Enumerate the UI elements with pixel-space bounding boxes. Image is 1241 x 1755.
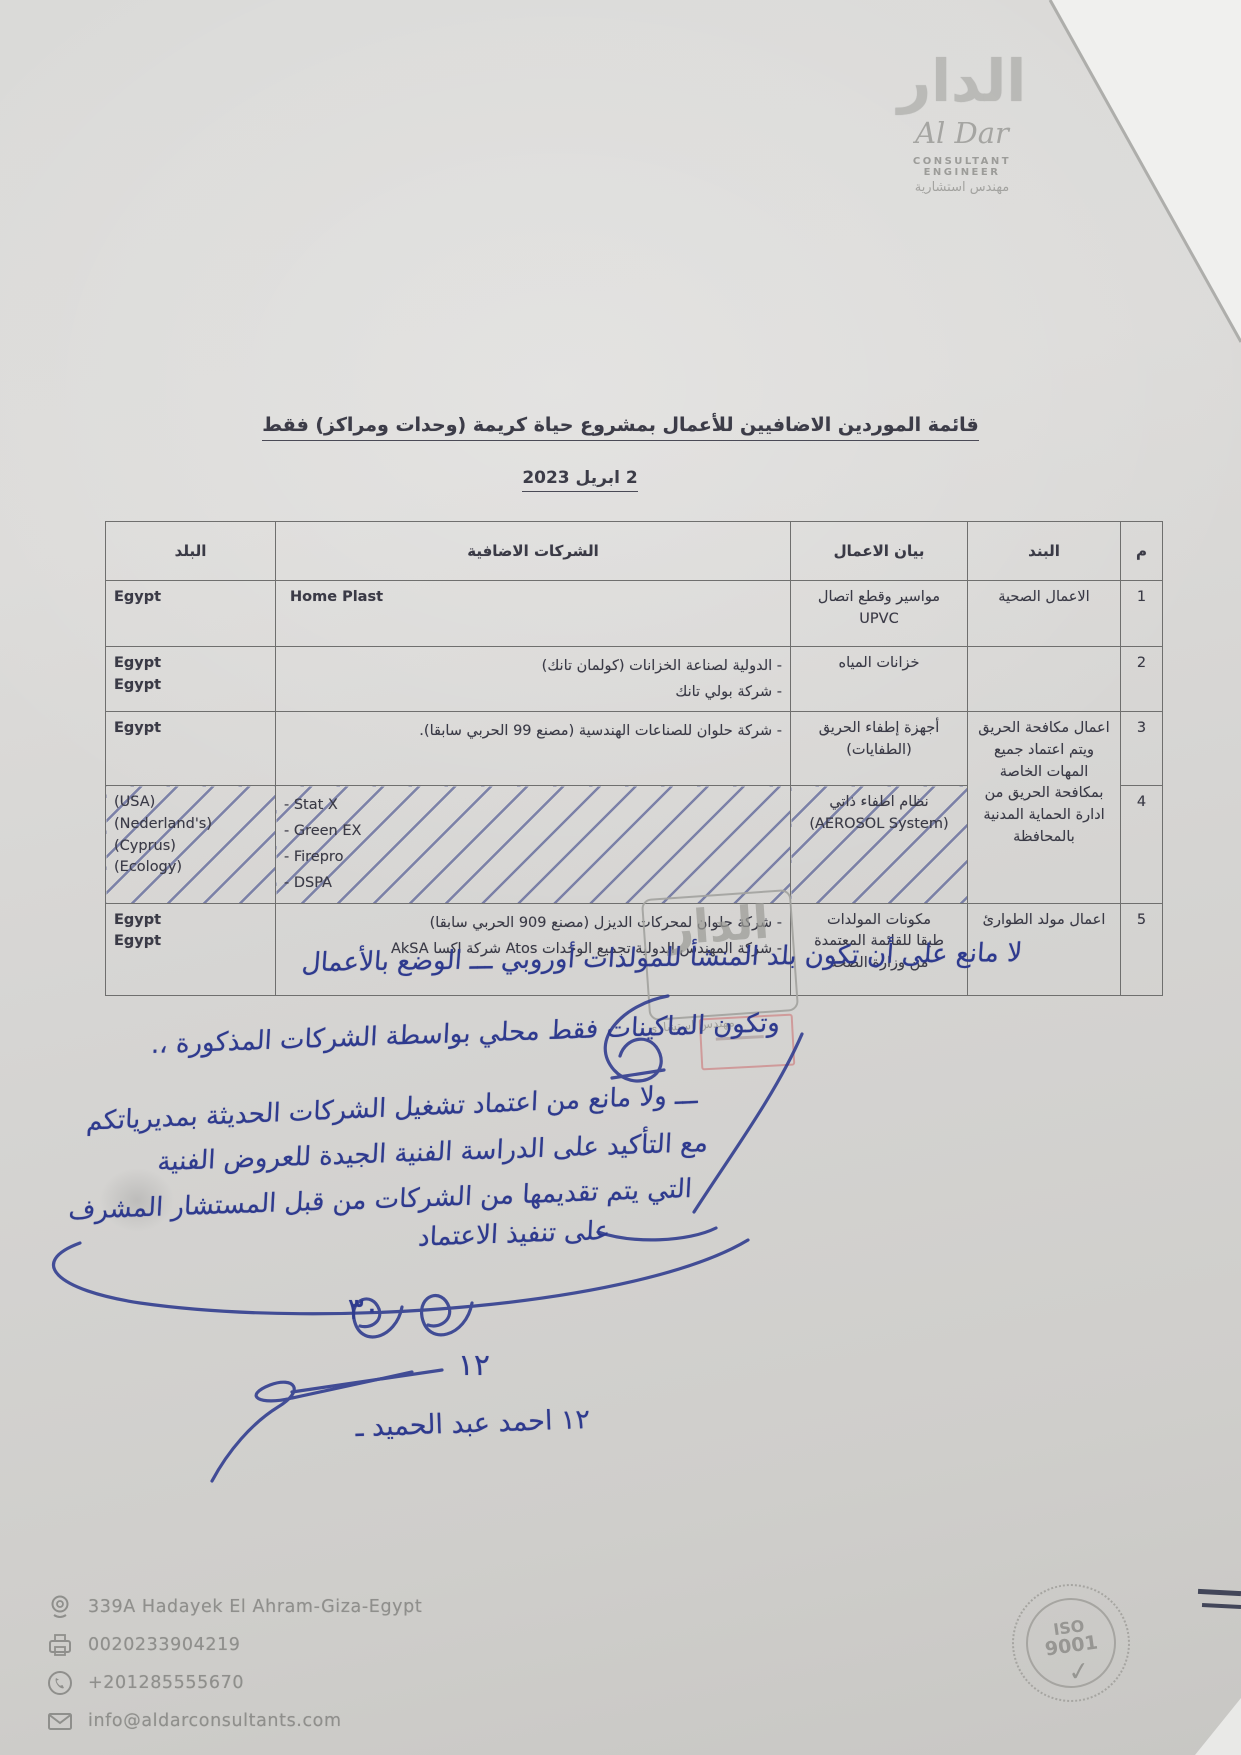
country-line: (Cyprus) <box>114 836 267 858</box>
row3-works: أجهزة إطفاء الحريق (الطفايات) <box>791 712 968 786</box>
company-line: - الدولية لصناعة الخزانات (كولمان تانك) <box>284 653 782 679</box>
footer-fax-row: 0020233904219 <box>46 1626 422 1664</box>
company-line: - DSPA <box>284 870 782 896</box>
country-line: (Ecology) <box>114 857 267 879</box>
handwritten-note-line: على تنفيذ الاعتماد <box>249 1216 610 1259</box>
suppliers-table: م البند بيان الاعمال الشركات الاضافية ال… <box>105 521 1163 996</box>
handwritten-note-line: مع التأكيد على الدراسة الفنية الجيدة للع… <box>8 1128 709 1183</box>
row1-company: Home Plast <box>276 581 791 647</box>
document-date-text: 2 ابريل 2023 <box>522 468 637 492</box>
handwritten-note-line: وتكون الماكينات فقط محلي بواسطة الشركات … <box>120 1008 781 1061</box>
row4-num: 4 <box>1121 786 1163 903</box>
footer-phone-row: +201285555670 <box>46 1664 422 1702</box>
scan-mark <box>1198 1589 1241 1596</box>
phone-icon <box>46 1669 74 1697</box>
company-logo: الدار Al Dar CONSULTANT ENGINEER مهندس ا… <box>872 50 1052 195</box>
country-line: (Nederland's) <box>114 814 267 836</box>
row4-companies: - Stat X - Green EX - Firepro - DSPA <box>276 786 791 903</box>
handwritten-note-line: ـــ ولا مانع من اعتماد تشغيل الشركات الح… <box>18 1080 699 1140</box>
col-header-works: بيان الاعمال <box>791 522 968 581</box>
scanned-document-page: الدار Al Dar CONSULTANT ENGINEER مهندس ا… <box>0 0 1241 1755</box>
document-date: 2 ابريل 2023 <box>0 468 1160 488</box>
col-header-country: البلد <box>106 522 276 581</box>
row2-num: 2 <box>1121 647 1163 712</box>
col-header-companies: الشركات الاضافية <box>276 522 791 581</box>
company-line: - Green EX <box>284 818 782 844</box>
row3-country: Egypt <box>106 712 276 786</box>
location-pin-icon <box>46 1593 74 1621</box>
company-line: - Firepro <box>284 844 782 870</box>
col-header-num: م <box>1121 522 1163 581</box>
table-header-row: م البند بيان الاعمال الشركات الاضافية ال… <box>106 522 1163 581</box>
footer-address: 339A Hadayek El Ahram-Giza-Egypt <box>88 1597 422 1617</box>
row4-works: نظام اطفاء ذاتي (AEROSOL System) <box>791 786 968 903</box>
logo-arabic-text: الدار <box>872 50 1052 114</box>
row2-item <box>968 647 1121 712</box>
signature-mark: ٣٠ <box>300 1292 380 1327</box>
fax-icon <box>46 1631 74 1659</box>
footer-email-row: info@aldarconsultants.com <box>46 1702 422 1740</box>
footer-fax: 0020233904219 <box>88 1635 241 1655</box>
scan-mark <box>1202 1603 1241 1609</box>
seal-checkmark-icon: ✓ <box>1066 1656 1092 1689</box>
row2-companies: - الدولية لصناعة الخزانات (كولمان تانك) … <box>276 647 791 712</box>
row2-works: خزانات المياه <box>791 647 968 712</box>
footer-address-row: 339A Hadayek El Ahram-Giza-Egypt <box>46 1588 422 1626</box>
company-line: - شركة بولي تانك <box>284 679 782 705</box>
company-line: - شركة حلوان للصناعات الهندسية (مصنع 99 … <box>284 718 782 744</box>
row3-item: اعمال مكافحة الحريق ويتم اعتماد جميع الم… <box>968 712 1121 903</box>
table-row: 3 اعمال مكافحة الحريق ويتم اعتماد جميع ا… <box>106 712 1163 786</box>
row1-item: الاعمال الصحية <box>968 581 1121 647</box>
row1-works: مواسير وقطع اتصال UPVC <box>791 581 968 647</box>
country-line: (USA) <box>114 792 267 814</box>
signature-name: ١٢ احمد عبد الحميد ـ <box>240 1404 591 1447</box>
logo-subtitle-en: CONSULTANT ENGINEER <box>872 156 1052 178</box>
col-header-item: البند <box>968 522 1121 581</box>
logo-latin-text: Al Dar <box>872 116 1052 150</box>
table-row: 2 خزانات المياه - الدولية لصناعة الخزانا… <box>106 647 1163 712</box>
envelope-icon <box>46 1707 74 1735</box>
company-line: - Stat X <box>284 792 782 818</box>
document-title: قائمة الموردين الاضافيين للأعمال بمشروع … <box>0 414 1241 436</box>
logo-subtitle-ar: مهندس استشارية <box>872 180 1052 195</box>
row5-num: 5 <box>1121 903 1163 995</box>
row3-companies: - شركة حلوان للصناعات الهندسية (مصنع 99 … <box>276 712 791 786</box>
iso-9001-seal: ISO 9001 ✓ <box>1004 1576 1137 1709</box>
row2-countries: Egypt Egypt <box>106 647 276 712</box>
row4-countries: (USA) (Nederland's) (Cyprus) (Ecology) <box>106 786 276 903</box>
row1-country: Egypt <box>106 581 276 647</box>
signature-mark: ١٢ <box>420 1348 490 1383</box>
footer-email: info@aldarconsultants.com <box>88 1711 342 1731</box>
document-title-text: قائمة الموردين الاضافيين للأعمال بمشروع … <box>262 414 978 441</box>
footer-phone: +201285555670 <box>88 1673 244 1693</box>
row3-num: 3 <box>1121 712 1163 786</box>
footer-contact-block: 339A Hadayek El Ahram-Giza-Egypt 0020233… <box>46 1588 422 1740</box>
table-row: 1 الاعمال الصحية مواسير وقطع اتصال UPVC … <box>106 581 1163 647</box>
row1-num: 1 <box>1121 581 1163 647</box>
